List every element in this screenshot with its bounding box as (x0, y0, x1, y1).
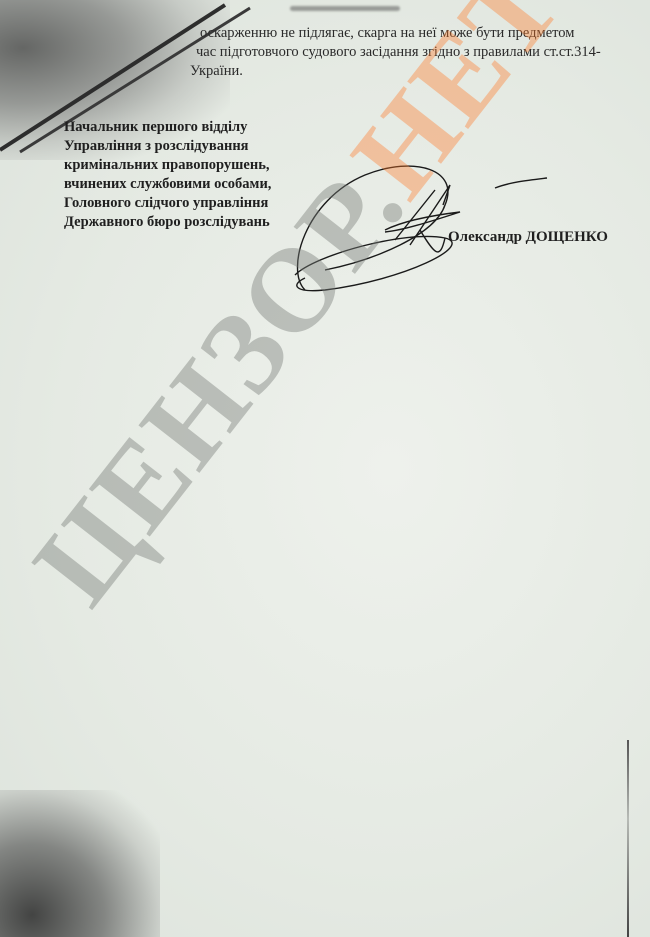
signatory-name: Олександр ДОЩЕНКО (448, 229, 608, 246)
title-line: вчинених службовими особами, (64, 175, 271, 194)
signatory-title: Начальник першого відділу Управління з р… (64, 118, 271, 232)
title-line: Головного слідчого управління (64, 194, 271, 213)
title-line: Управління з розслідування (64, 137, 271, 156)
watermark-part-gray: ЦЕНЗОР (8, 165, 410, 628)
title-line: кримінальних правопорушень, (64, 156, 271, 175)
title-line: Державного бюро розслідувань (64, 213, 271, 232)
scanned-page: оскарженню не підлягає, скарга на неї мо… (0, 0, 650, 937)
page-edge-line (627, 740, 629, 937)
title-line: Начальник першого відділу (64, 118, 271, 137)
scan-shadow-bottom-left (0, 790, 160, 937)
